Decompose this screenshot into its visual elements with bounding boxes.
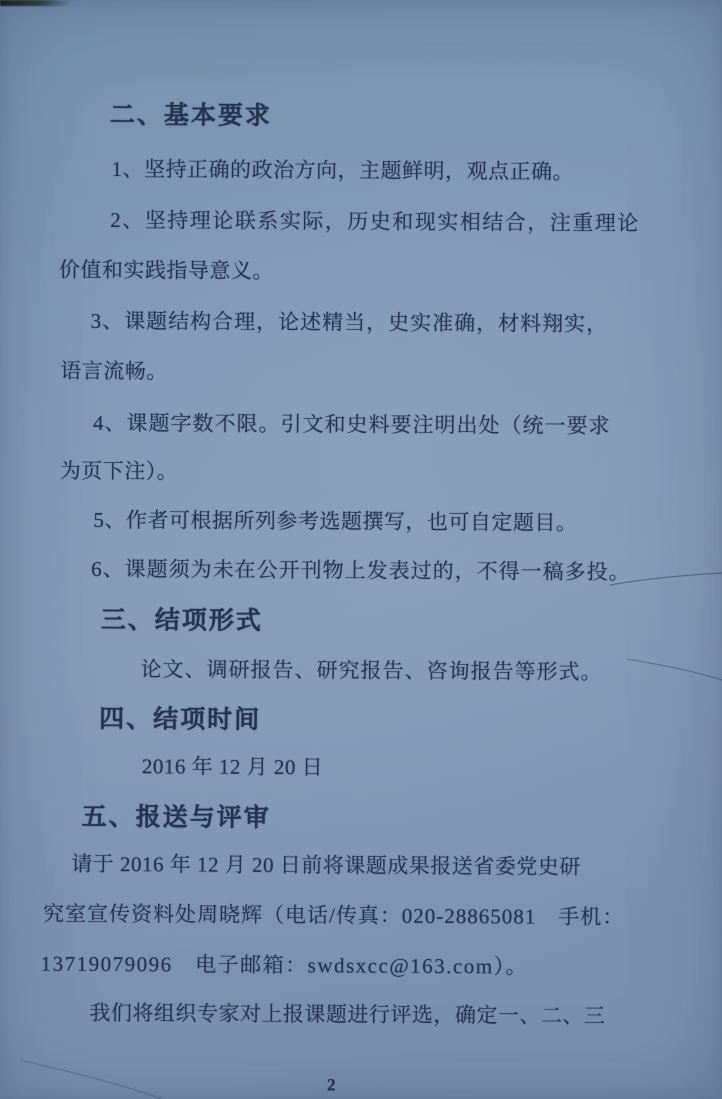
- submission-paragraph-line-1: 请于 2016 年 12 月 20 日前将课题成果报送省委党史研: [71, 851, 581, 880]
- section-heading-completion-format: 三、结项形式: [101, 605, 263, 637]
- item-5: 5、作者可根据所列参考选题撰写，也可自定题目。: [93, 507, 577, 536]
- item-4-continuation: 为页下注）。: [60, 458, 179, 485]
- item-6: 6、课题须为未在公开刊物上发表过的，不得一稿多投。: [91, 556, 631, 586]
- item-3-continuation: 语言流畅。: [60, 358, 168, 385]
- completion-date-text: 2016 年 12 月 20 日: [142, 753, 323, 780]
- submission-paragraph-line-2: 究室宣传资料处周晓辉（电话/传真：020-28865081 手机：: [43, 901, 624, 931]
- completion-format-text: 论文、调研报告、研究报告、咨询报告等形式。: [140, 656, 602, 685]
- document-photo: 二、基本要求 1、坚持正确的政治方向，主题鲜明，观点正确。 2、坚持理论联系实际…: [0, 0, 722, 1099]
- item-2: 2、坚持理论联系实际，历史和现实相结合，注重理论: [110, 207, 640, 236]
- submission-paragraph-line-3: 13719079096 电子邮箱：swdsxcc@163.com）。: [41, 951, 529, 980]
- section-heading-completion-date: 四、结项时间: [99, 704, 261, 736]
- review-paragraph-line-1: 我们将组织专家对上报课题进行评选，确定一、二、三: [89, 1000, 605, 1029]
- item-1: 1、坚持正确的政治方向，主题鲜明，观点正确。: [111, 156, 574, 185]
- item-2-continuation: 价值和实践指导意义。: [59, 257, 274, 285]
- item-3: 3、课题结构合理，论述精当，史实准确，材料翔实，: [91, 308, 609, 337]
- item-4: 4、课题字数不限。引文和史料要注明出处（统一要求: [93, 410, 611, 439]
- page-number: 2: [327, 1075, 336, 1095]
- section-heading-basic-requirements: 二、基本要求: [110, 100, 272, 132]
- section-heading-submission-review: 五、报送与评审: [82, 802, 271, 834]
- document-page: 二、基本要求 1、坚持正确的政治方向，主题鲜明，观点正确。 2、坚持理论联系实际…: [0, 0, 722, 1099]
